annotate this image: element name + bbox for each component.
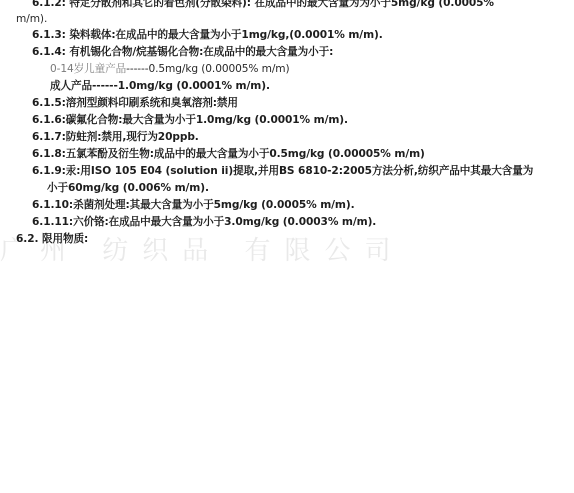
item-6-1-4-adult: 成人产品------1.0mg/kg (0.0001% m/m).: [50, 80, 270, 93]
item-6-1-11: 6.1.11:六价铬:在成品中最大含量为小于3.0mg/kg (0.0003% …: [32, 216, 376, 229]
document-page: 广州 纺织品 有限公司 6.1.2: 特定分散剂和其它的着色剂(分散染料): 在…: [0, 0, 574, 493]
item-6-1-5: 6.1.5:溶剂型颜料印刷系统和臭氧溶剂:禁用: [32, 97, 238, 110]
item-6-1-4-title: 6.1.4: 有机锡化合物/烷基锡化合物:在成品中的最大含量为小于:: [32, 46, 333, 59]
item-6-1-3: 6.1.3: 染料载体:在成品中的最大含量为小于1mg/kg,(0.0001% …: [32, 29, 383, 42]
item-6-1-8: 6.1.8:五氯苯酚及衍生物:成品中的最大含量为小于0.5mg/kg (0.00…: [32, 148, 425, 161]
item-6-1-7: 6.1.7:防蛀剂:禁用,现行为20ppb.: [32, 131, 199, 144]
children-products-label: 0-14岁儿童产品: [50, 63, 126, 75]
section-6-2-title: 6.2. 限用物质:: [16, 233, 88, 246]
item-6-1-4-children: 0-14岁儿童产品------0.5mg/kg (0.00005% m/m): [50, 63, 290, 76]
item-6-1-6: 6.1.6:碳氟化合物:最大含量为小于1.0mg/kg (0.0001% m/m…: [32, 114, 348, 127]
item-6-1-10: 6.1.10:杀菌剂处理:其最大含量为小于5mg/kg (0.0005% m/m…: [32, 199, 355, 212]
item-6-1-2-line1: 6.1.2: 特定分散剂和其它的着色剂(分散染料): 在成品中的最大含量为为小于…: [32, 0, 494, 10]
item-6-1-9-line2: 小于60mg/kg (0.006% m/m).: [47, 182, 209, 195]
item-6-1-2-line2: m/m).: [16, 13, 47, 26]
children-products-value: ------0.5mg/kg (0.00005% m/m): [126, 63, 289, 75]
item-6-1-9-line1: 6.1.9:汞:用ISO 105 E04 (solution ii)提取,并用B…: [32, 165, 533, 178]
